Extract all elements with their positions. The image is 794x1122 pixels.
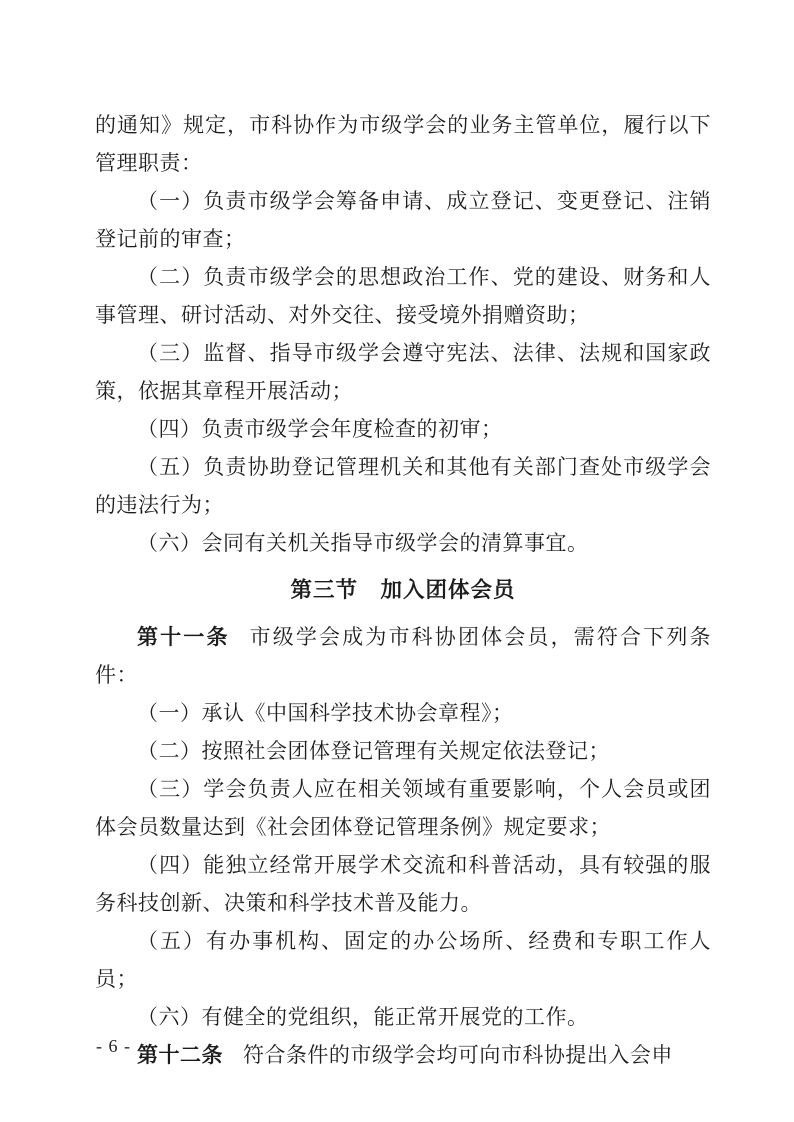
condition-item-1: （一）承认《中国科学技术协会章程》； xyxy=(95,694,711,732)
condition-item-2: （二）按照社会团体登记管理有关规定依法登记； xyxy=(95,732,711,770)
article-12-paragraph: 第十二条符合条件的市级学会均可向市科协提出入会申 xyxy=(95,1036,711,1074)
paragraph-continuation: 的通知》规定，市科协作为市级学会的业务主管单位，履行以下管理职责： xyxy=(95,106,711,182)
condition-item-6: （六）有健全的党组织，能正常开展党的工作。 xyxy=(95,998,711,1036)
article-11-label: 第十一条 xyxy=(137,625,230,649)
condition-item-5: （五）有办事机构、固定的办公场所、经费和专职工作人员； xyxy=(95,922,711,998)
article-12-text: 符合条件的市级学会均可向市科协提出入会申 xyxy=(243,1043,673,1067)
article-11-paragraph: 第十一条市级学会成为市科协团体会员，需符合下列条件： xyxy=(95,618,711,694)
duty-item-4: （四）负责市级学会年度检查的初审； xyxy=(95,410,711,448)
document-page: 的通知》规定，市科协作为市级学会的业务主管单位，履行以下管理职责： （一）负责市… xyxy=(0,0,794,1122)
condition-item-3: （三）学会负责人应在相关领域有重要影响，个人会员或团体会员数量达到《社会团体登记… xyxy=(95,770,711,846)
article-12-label: 第十二条 xyxy=(137,1043,223,1067)
duty-item-6: （六）会同有关机关指导市级学会的清算事宜。 xyxy=(95,524,711,562)
page-footer: - 6 - xyxy=(96,1036,131,1057)
duty-item-1: （一）负责市级学会筹备申请、成立登记、变更登记、注销登记前的审查； xyxy=(95,182,711,258)
duty-item-3: （三）监督、指导市级学会遵守宪法、法律、法规和国家政策，依据其章程开展活动； xyxy=(95,334,711,410)
section-heading: 第三节 加入团体会员 xyxy=(95,571,711,609)
duty-item-2: （二）负责市级学会的思想政治工作、党的建设、财务和人事管理、研讨活动、对外交往、… xyxy=(95,258,711,334)
condition-item-4: （四）能独立经常开展学术交流和科普活动，具有较强的服务科技创新、决策和科学技术普… xyxy=(95,846,711,922)
page-number: - 6 - xyxy=(96,1036,131,1056)
duty-item-5: （五）负责协助登记管理机关和其他有关部门查处市级学会的违法行为； xyxy=(95,448,711,524)
document-body: 的通知》规定，市科协作为市级学会的业务主管单位，履行以下管理职责： （一）负责市… xyxy=(95,106,711,1074)
